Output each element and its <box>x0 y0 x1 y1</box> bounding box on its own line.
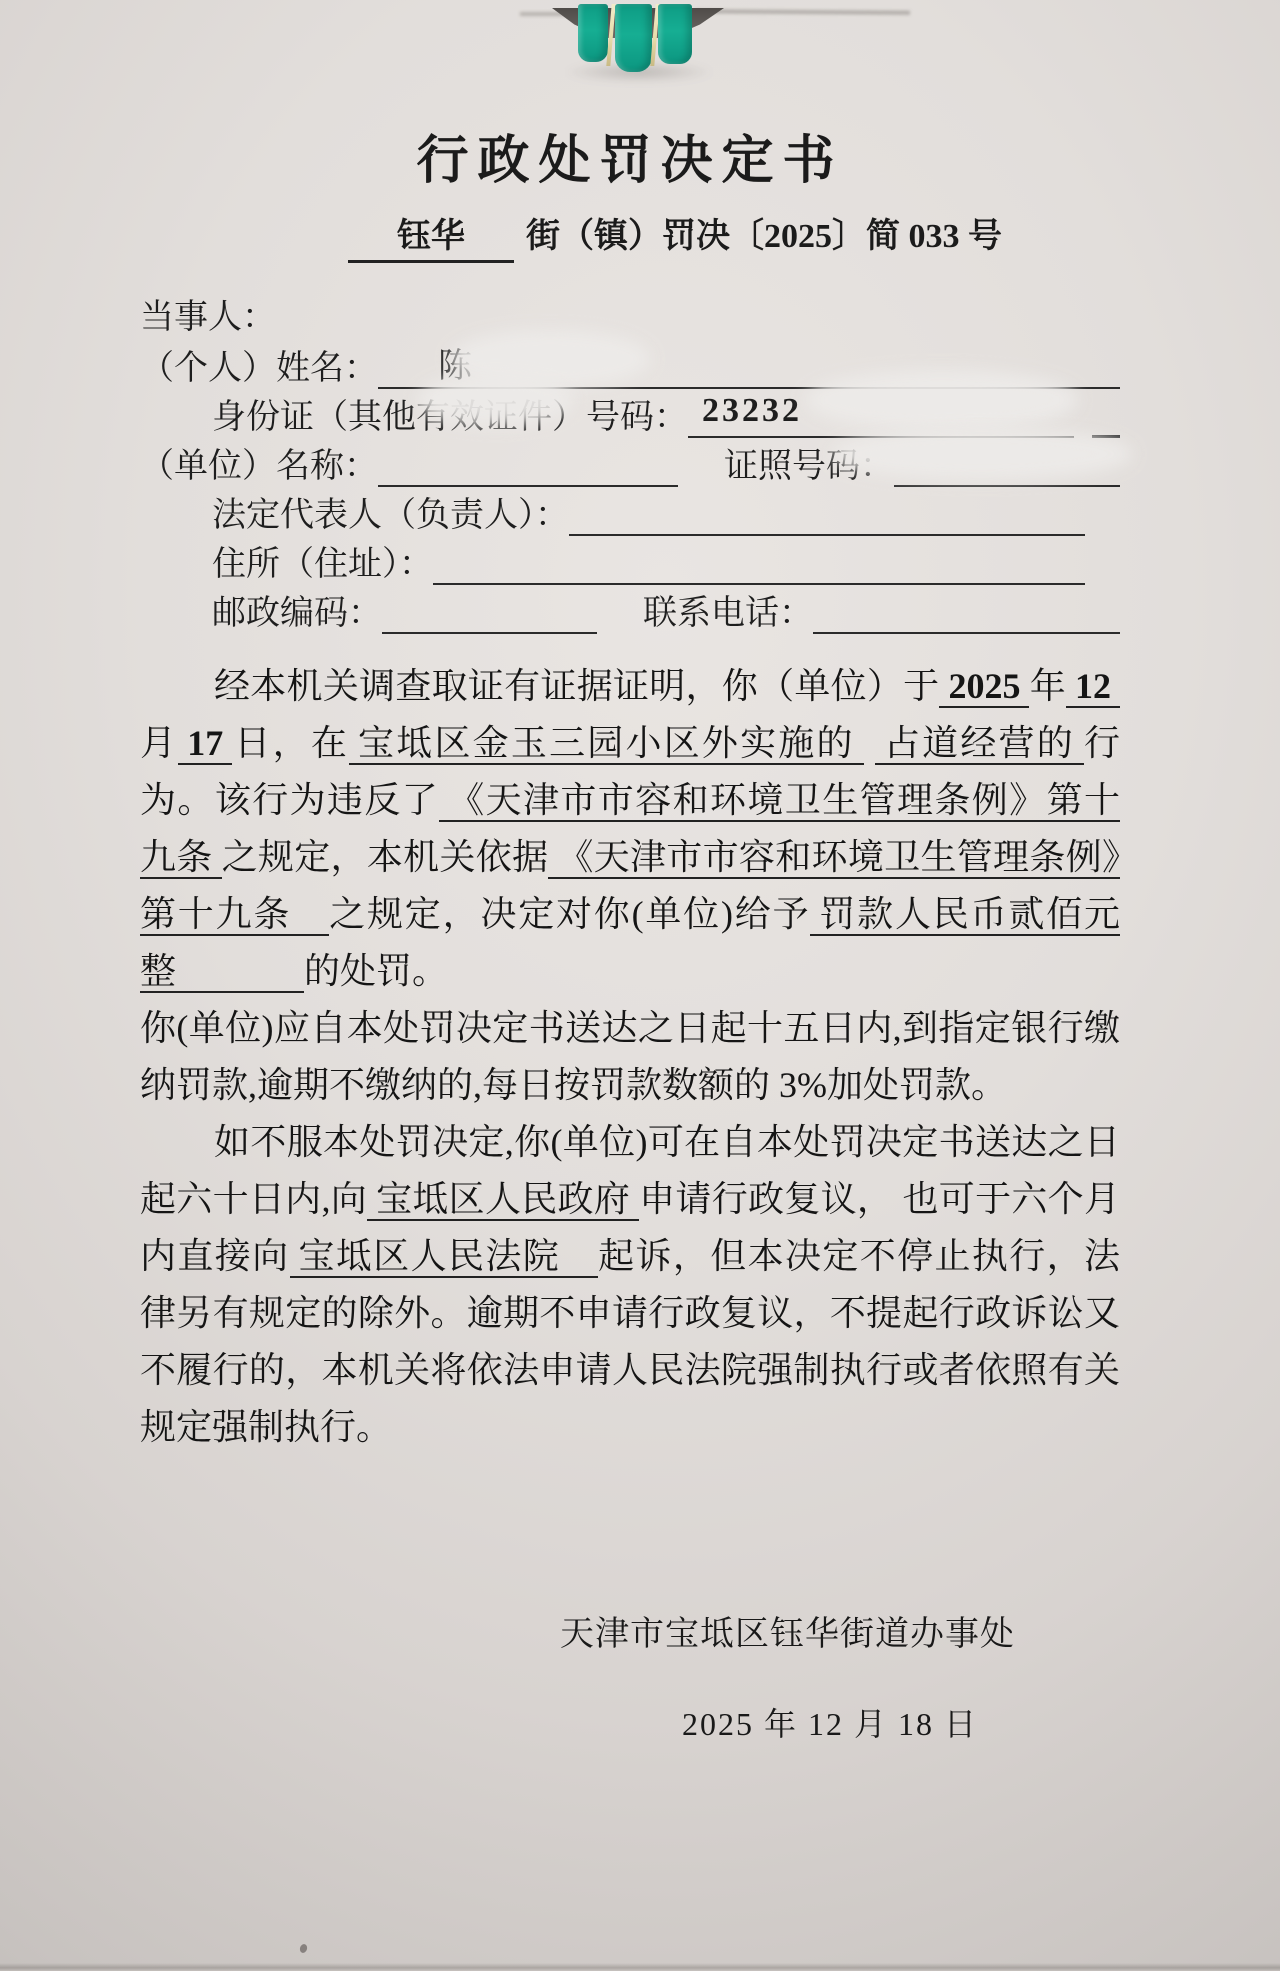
field-year-filled: 2025 <box>939 666 1029 708</box>
address-row: 住所（住址）： <box>140 536 1120 585</box>
body-paragraph-findings: 经本机关调查取证有证据证明，你（单位）于2025年12月17日，在宝坻区金玉三园… <box>140 658 1120 1000</box>
unit-name-label: （单位）名称： <box>140 438 378 487</box>
party-heading-row: 当事人： <box>140 289 1120 338</box>
document-title: 行政处罚决定书 <box>140 132 1120 192</box>
field-day-filled: 17 <box>178 723 232 765</box>
decision-date: 2025 年 12 月 18 日 <box>682 1699 978 1745</box>
text-segment: 的处罚。 <box>304 951 448 991</box>
document-paper: 行政处罚决定书 钰华街（镇）罚决〔2025〕简 033 号 当事人： （个人）姓… <box>0 0 1280 1971</box>
text-segment: 年 <box>1029 666 1066 706</box>
text-segment: 月 <box>140 723 178 763</box>
clip-prong <box>578 4 608 62</box>
body-paragraph-appeal: 如不服本处罚决定,你(单位)可在自本处罚决定书送达之日起六十日内,向宝坻区人民政… <box>140 1114 1120 1456</box>
clip-prong <box>615 4 652 72</box>
field-court-filled: 宝坻区人民法院 <box>290 1236 599 1278</box>
party-heading: 当事人： <box>140 289 276 338</box>
field-act-filled: 占道经营的 <box>875 723 1084 765</box>
unit-name-field <box>378 441 678 487</box>
document-number: 钰华街（镇）罚决〔2025〕简 033 号 <box>348 214 1002 263</box>
postcode-label: 邮政编码： <box>212 585 382 634</box>
address-label: 住所（住址）： <box>212 536 433 585</box>
docno-suffix: 街（镇）罚决〔2025〕简 033 号 <box>526 218 1002 255</box>
document-photo: 行政处罚决定书 钰华街（镇）罚决〔2025〕简 033 号 当事人： （个人）姓… <box>0 0 1280 1971</box>
postcode-field <box>382 588 597 634</box>
person-name-label: （个人）姓名： <box>140 340 378 389</box>
field-month-filled: 12 <box>1066 666 1120 708</box>
field-place-filled: 宝坻区金玉三园小区外实施的 <box>349 723 864 765</box>
body-paragraph-payment: 你(单位)应自本处罚决定书送达之日起十五日内,到指定银行缴纳罚款,逾期不缴纳的,… <box>140 1000 1120 1114</box>
clip-prong <box>658 4 692 64</box>
redaction-smudge-license-area <box>832 428 1132 480</box>
address-field <box>433 539 1085 585</box>
docno-issuer-blank: 钰华 <box>348 214 514 263</box>
field-gov-filled: 宝坻区人民政府 <box>367 1179 639 1221</box>
phone-field <box>813 588 1120 634</box>
text-segment: 日，在 <box>232 723 349 763</box>
issuing-authority: 天津市宝坻区钰华街道办事处 <box>560 1606 1015 1655</box>
text-segment: 之规定，本机关依据 <box>222 837 549 877</box>
legal-rep-field <box>569 490 1085 536</box>
legal-rep-label: 法定代表人（负责人）： <box>212 487 569 536</box>
redaction-smudge-id-number <box>806 370 1078 430</box>
legal-rep-row: 法定代表人（负责人）： <box>140 487 1120 536</box>
text-segment: 之规定，决定对你(单位)给予 <box>329 894 810 934</box>
id-number-tail-blank <box>1092 395 1120 438</box>
phone-label: 联系电话： <box>643 585 813 634</box>
text-segment: 经本机关调查取证有证据证明，你（单位）于 <box>214 666 939 706</box>
paper-bottom-edge <box>0 1963 1280 1971</box>
redaction-smudge-name <box>418 374 573 426</box>
decision-body: 经本机关调查取证有证据证明，你（单位）于2025年12月17日，在宝坻区金玉三园… <box>140 658 1120 1456</box>
postcode-phone-row: 邮政编码： 联系电话： <box>140 585 1120 634</box>
id-number-value: 23232 <box>688 392 802 429</box>
binder-clip-icon <box>578 4 696 76</box>
